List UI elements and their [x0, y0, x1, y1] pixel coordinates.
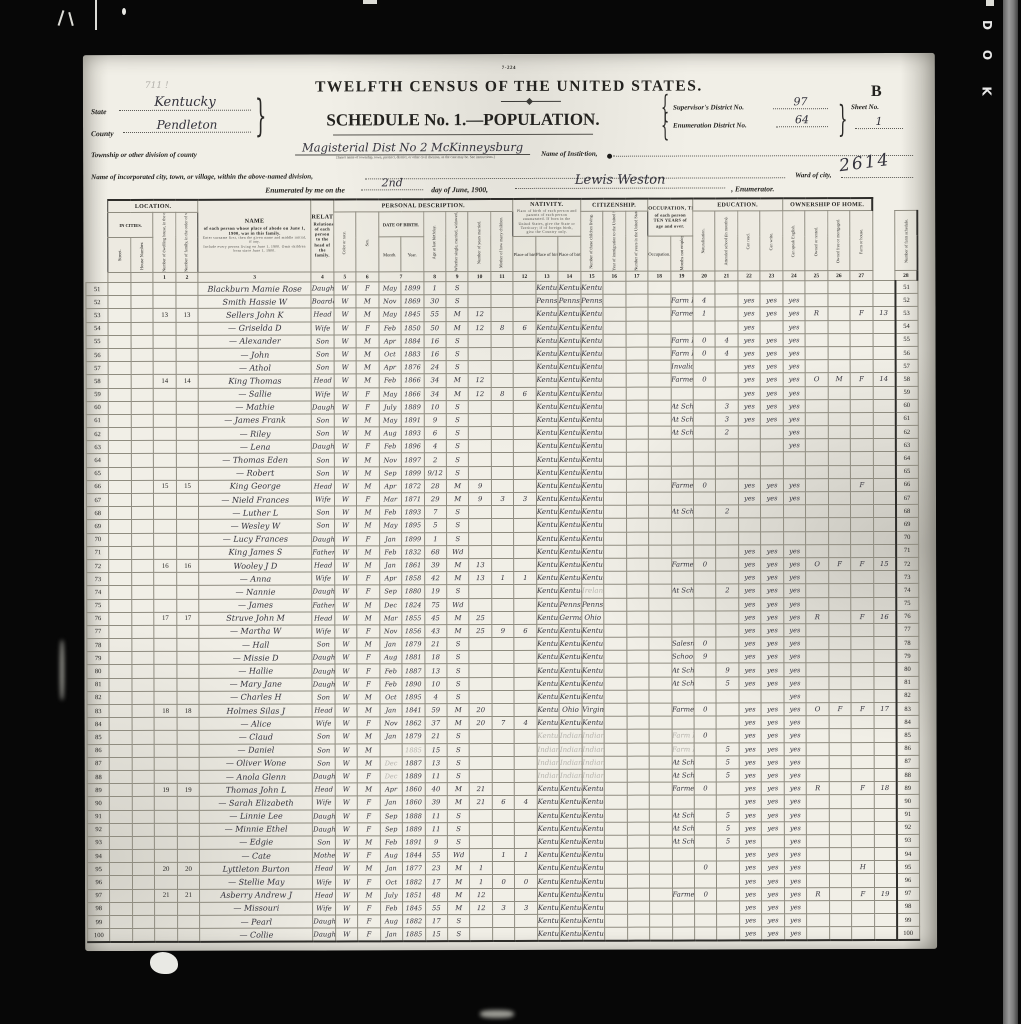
name-note: Include every person living on June 1, 1…: [202, 246, 308, 254]
cell-can-read: yes: [739, 874, 761, 887]
cell-family: [176, 572, 198, 585]
cell-years-married: 12: [468, 321, 490, 334]
cell-children-living: [514, 413, 536, 426]
cell-sex: M: [357, 546, 379, 559]
cell-years-married: 12: [470, 888, 492, 901]
cell-farm-or-house: [851, 518, 873, 531]
cell-owned-or-rented: [807, 900, 829, 913]
cell-farm-or-house: F: [851, 478, 873, 491]
cell-pob-mother: Pennsylvania: [581, 598, 603, 611]
group-ownership: OWNERSHIP OF HOME.: [782, 198, 872, 211]
cell-birth-year: 1885: [403, 928, 425, 942]
cell-relation: Daughter: [312, 664, 334, 677]
cell-street: [109, 665, 131, 678]
cell-farm-schedule-no: [874, 874, 896, 887]
cell-free-or-mortgaged: M: [828, 373, 850, 386]
row-number: 65: [86, 467, 108, 480]
row-number: 96: [897, 874, 919, 887]
cell-birth-year: 1871: [402, 493, 424, 506]
cell-pob-mother: Kentucky: [581, 466, 603, 479]
cell-months-not-employed: [693, 400, 715, 413]
cell-immigration-year: [604, 730, 626, 743]
cell-marital-status: M: [447, 875, 469, 888]
cell-occupation: [671, 439, 693, 452]
cell-pob-father: Kentucky: [558, 321, 580, 334]
cell-can-speak-english: yes: [783, 347, 805, 360]
enumeration-label: Enumeration District No.: [673, 121, 747, 129]
row-number: 62: [86, 428, 108, 441]
cell-immigration-year: [605, 875, 627, 888]
cell-children-living: 3: [515, 901, 537, 914]
cell-relation: Mother in Law: [313, 849, 335, 862]
cell-house: [131, 322, 153, 335]
col-school: Attended school (in months).: [715, 211, 738, 271]
cell-pob-father: Kentucky: [559, 571, 581, 584]
row-number: 97: [897, 887, 919, 900]
cell-birth-month: May: [379, 282, 401, 295]
cell-birth-month: Aug: [380, 651, 402, 664]
cell-dwelling: [155, 770, 177, 783]
cell-pob-mother: Kentucky: [582, 664, 604, 677]
cell-birth-month: Jan: [379, 638, 401, 651]
cell-attended-school: 9: [716, 663, 738, 676]
cell-pob-father: Kentucky: [560, 848, 582, 861]
cell-name: Thomas John L: [200, 783, 313, 796]
cell-attended-school: 2: [716, 505, 738, 518]
cell-pob-father: Kentucky: [559, 651, 581, 664]
cell-birth-month: Feb: [379, 374, 401, 387]
cell-color: W: [334, 348, 356, 361]
cell-farm-schedule-no: [874, 768, 896, 781]
cell-children-living: [514, 743, 536, 756]
enumeration-value: 64: [776, 113, 828, 127]
cell-pob-person: Pennsylvania: [536, 295, 558, 308]
cell-farm-schedule-no: 14: [873, 373, 895, 386]
cell-years-in-us: [626, 624, 648, 637]
cell-birth-month: Apr: [379, 480, 401, 493]
relation-title: RELATION.: [312, 215, 333, 221]
cell-occupation: At School: [671, 413, 693, 426]
cell-farm-or-house: [851, 531, 873, 544]
cell-farm-or-house: F: [851, 557, 873, 570]
cell-pob-mother: Pennsylvania: [581, 294, 603, 307]
cell-years-married: [469, 532, 491, 545]
group-personal: PERSONAL DESCRIPTION.: [333, 199, 513, 212]
cell-sex: F: [357, 770, 379, 783]
cell-years-married: [470, 809, 492, 822]
cell-color: W: [334, 506, 356, 519]
cell-years-married: [469, 545, 491, 558]
cell-house: [132, 691, 154, 704]
row-number: 63: [895, 439, 917, 452]
cell-farm-or-house: [850, 360, 872, 373]
cell-color: W: [335, 704, 357, 717]
cell-sex: F: [357, 796, 379, 809]
cell-birth-year: 1889: [402, 822, 424, 835]
cell-marital-status: M: [447, 559, 469, 572]
cell-pob-mother: Kentucky: [582, 835, 604, 848]
row-number: 74: [87, 586, 109, 599]
cell-mother-of-children: [492, 743, 514, 756]
cell-years-married: 12: [469, 374, 491, 387]
cell-sex: M: [356, 335, 378, 348]
cell-house: [131, 296, 153, 309]
col-month: Month.: [378, 237, 401, 272]
cell-pob-father: Kentucky: [559, 545, 581, 558]
cell-naturalization: [649, 703, 671, 716]
cell-relation: Boarder: [311, 295, 333, 308]
cell-pob-father: Kentucky: [558, 308, 580, 321]
row-number: 76: [87, 612, 109, 625]
cell-free-or-mortgaged: [829, 676, 851, 689]
cell-birth-month: Feb: [380, 677, 402, 690]
cell-can-write: yes: [760, 294, 782, 307]
cell-attended-school: [716, 571, 738, 584]
col-year: Year.: [401, 237, 424, 272]
cell-family: [176, 467, 198, 480]
sheet-value: 1: [855, 115, 903, 129]
cell-name: — Oliver Wone: [199, 757, 312, 770]
cell-pob-father: Kentucky: [559, 664, 581, 677]
cell-mother-of-children: [492, 690, 514, 703]
row-number: 87: [896, 755, 918, 768]
cell-attended-school: 4: [716, 347, 738, 360]
cell-mother-of-children: 1: [492, 572, 514, 585]
cell-family: [177, 744, 199, 757]
cell-months-not-employed: 0: [694, 888, 716, 901]
cell-attended-school: [716, 531, 738, 544]
cell-dwelling: [155, 876, 177, 889]
cell-owned-or-rented: [806, 452, 828, 465]
cell-naturalization: [648, 426, 670, 439]
column-number: 4: [311, 272, 333, 282]
cell-street: [110, 929, 132, 943]
cell-pob-father: Kentucky: [559, 677, 581, 690]
cell-occupation: School teacher: [671, 650, 693, 663]
cell-can-speak-english: yes: [784, 690, 806, 703]
cell-farm-or-house: [852, 848, 874, 861]
cell-farm-or-house: [852, 914, 874, 927]
row-number: 55: [895, 333, 917, 346]
cell-years-in-us: [626, 637, 648, 650]
cell-relation: Head: [312, 612, 334, 625]
cell-can-read: [738, 465, 760, 478]
cell-naturalization: [648, 387, 670, 400]
cell-can-read: yes: [739, 637, 761, 650]
cell-pob-father: Indiana: [559, 743, 581, 756]
cell-sex: F: [357, 717, 379, 730]
cell-attended-school: 5: [717, 822, 739, 835]
cell-naturalization: [649, 492, 671, 505]
cell-occupation: Farmer: [672, 888, 694, 901]
cell-street: [109, 546, 131, 559]
cell-can-read: [738, 439, 760, 452]
cell-house: [132, 876, 154, 889]
cell-children-living: 4: [514, 717, 536, 730]
cell-attended-school: 5: [717, 756, 739, 769]
cell-street: [108, 282, 130, 295]
col-children-living: Number of these children living.: [580, 211, 603, 271]
cell-free-or-mortgaged: [829, 755, 851, 768]
cell-farm-schedule-no: [873, 637, 895, 650]
cell-color: W: [335, 783, 357, 796]
cell-family: [177, 836, 199, 849]
cell-marital-status: M: [447, 796, 469, 809]
cell-farm-schedule-no: 18: [874, 782, 896, 795]
cell-naturalization: [649, 729, 671, 742]
cell-attended-school: [717, 729, 739, 742]
cell-can-write: yes: [761, 624, 783, 637]
cell-free-or-mortgaged: [829, 769, 851, 782]
cell-house: [131, 441, 153, 454]
cell-birth-year: 1887: [402, 756, 424, 769]
cell-house: [132, 744, 154, 757]
cell-street: [109, 362, 131, 375]
cell-marital-status: M: [447, 624, 469, 637]
cell-pob-mother: Kentucky: [581, 281, 603, 294]
cell-naturalization: [649, 571, 671, 584]
cell-farm-schedule-no: [874, 913, 896, 926]
cell-months-not-employed: [694, 663, 716, 676]
cell-relation: Son: [312, 453, 334, 466]
cell-naturalization: [649, 545, 671, 558]
row-number: 52: [895, 294, 917, 307]
cell-pob-father: Kentucky: [559, 479, 581, 492]
cell-can-read: yes: [739, 729, 761, 742]
cell-children-living: 1: [515, 848, 537, 861]
cell-dwelling: 21: [155, 889, 177, 902]
cell-can-write: yes: [762, 848, 784, 861]
cell-months-not-employed: 0: [694, 637, 716, 650]
cell-free-or-mortgaged: [829, 637, 851, 650]
cell-free-or-mortgaged: [828, 584, 850, 597]
cell-pob-mother: Indiana: [582, 756, 604, 769]
cell-naturalization: [650, 901, 672, 914]
cell-mother-of-children: [492, 664, 514, 677]
cell-relation: Son: [312, 506, 334, 519]
cell-dwelling: 14: [154, 375, 176, 388]
cell-family: 21: [177, 889, 199, 902]
row-number: 98: [897, 900, 919, 913]
group-in-cities: IN CITIES.: [108, 212, 153, 237]
cell-months-not-employed: [695, 901, 717, 914]
cell-family: [177, 599, 199, 612]
cell-birth-year: 1899: [401, 466, 423, 479]
cell-sex: M: [357, 730, 379, 743]
cell-pob-mother: Ireland: [581, 585, 603, 598]
cell-dwelling: [155, 836, 177, 849]
cell-street: [109, 493, 131, 506]
col-months-not-employed: Months not employed.: [670, 236, 693, 271]
cell-pob-father: Kentucky: [559, 440, 581, 453]
cell-free-or-mortgaged: [829, 821, 851, 834]
cell-mother-of-children: [492, 888, 514, 901]
cell-farm-or-house: [851, 689, 873, 702]
cell-age: 11: [425, 822, 447, 835]
row-number: 80: [87, 665, 109, 678]
col-house: House Number.: [131, 237, 154, 272]
cell-name: — James: [199, 599, 312, 612]
cell-family: [177, 915, 199, 928]
cell-occupation: [672, 927, 694, 941]
cell-family: 15: [176, 480, 198, 493]
cell-owned-or-rented: [806, 729, 828, 742]
cell-marital-status: M: [447, 572, 469, 585]
row-number: 66: [895, 478, 917, 491]
cell-immigration-year: [603, 281, 625, 294]
cell-pob-person: Indiana: [537, 743, 559, 756]
cell-occupation: [671, 452, 693, 465]
cell-can-speak-english: yes: [783, 399, 805, 412]
cell-pob-father: Kentucky: [559, 506, 581, 519]
cell-owned-or-rented: [806, 597, 828, 610]
cell-pob-father: Kentucky: [559, 585, 581, 598]
cell-can-read: [738, 518, 760, 531]
cell-years-in-us: [626, 479, 648, 492]
cell-years-in-us: [626, 558, 648, 571]
cell-farm-or-house: [851, 505, 873, 518]
cell-age: 55: [425, 901, 447, 914]
cell-relation: Daughter: [312, 533, 334, 546]
cell-name: — Nield Frances: [199, 493, 312, 506]
cell-street: [109, 678, 131, 691]
cell-birth-month: Jan: [380, 704, 402, 717]
cell-owned-or-rented: [806, 624, 828, 637]
cell-dwelling: [154, 691, 176, 704]
cell-owned-or-rented: [805, 281, 827, 294]
cell-farm-or-house: [850, 281, 872, 294]
cell-months-not-employed: [694, 822, 716, 835]
row-number: 97: [88, 889, 110, 902]
cell-mother-of-children: [492, 822, 514, 835]
cell-occupation: [672, 716, 694, 729]
cell-can-speak-english: yes: [784, 808, 806, 821]
column-number: 28: [895, 270, 917, 280]
cell-free-or-mortgaged: [828, 281, 850, 294]
cell-immigration-year: [604, 611, 626, 624]
cell-children-living: [513, 295, 535, 308]
cell-can-speak-english: yes: [784, 624, 806, 637]
col-marital: Whether single, married, widowed, or div…: [446, 212, 469, 272]
row-number: 70: [896, 531, 918, 544]
cell-pob-mother: Kentucky: [582, 901, 604, 914]
cell-pob-mother: Kentucky: [581, 532, 603, 545]
cell-relation: Daughter: [312, 440, 334, 453]
col-immigration: Year of immigration to the United States…: [603, 211, 626, 271]
cell-birth-month: Apr: [379, 335, 401, 348]
cell-can-speak-english: yes: [784, 821, 806, 834]
cell-marital-status: S: [446, 295, 468, 308]
cell-name: — Collie: [200, 928, 313, 942]
cell-family: 16: [176, 559, 198, 572]
cell-pob-person: Kentucky: [537, 624, 559, 637]
cell-pob-person: Kentucky: [536, 281, 558, 294]
cell-mother-of-children: [492, 611, 514, 624]
cell-farm-or-house: [851, 465, 873, 478]
cell-birth-month: Oct: [379, 348, 401, 361]
column-number: 3: [198, 272, 311, 282]
cell-free-or-mortgaged: [829, 623, 851, 636]
schedule-underline: [333, 134, 593, 136]
cell-dwelling: [154, 401, 176, 414]
cell-age: 4: [424, 440, 446, 453]
cell-age: 40: [425, 783, 447, 796]
row-number: 95: [87, 863, 109, 876]
cell-mother-of-children: [492, 769, 514, 782]
cell-can-speak-english: [783, 281, 805, 294]
row-number: 91: [87, 810, 109, 823]
cell-family: [177, 718, 199, 731]
row-number: 61: [895, 412, 917, 425]
nativity-title: NATIVITY.: [514, 202, 580, 208]
census-table: LOCATION. NAME of each person whose plac…: [85, 197, 920, 944]
row-number: 63: [86, 441, 108, 454]
cell-mother-of-children: [492, 677, 514, 690]
cell-pob-father: Ohio: [559, 703, 581, 716]
cell-years-in-us: [627, 730, 649, 743]
cell-farm-or-house: [851, 571, 873, 584]
cell-can-read: yes: [739, 597, 761, 610]
cell-farm-or-house: [852, 927, 874, 941]
cell-can-write: [760, 320, 782, 333]
cell-months-not-employed: [694, 835, 716, 848]
cell-color: W: [335, 849, 357, 862]
cell-color: W: [335, 836, 357, 849]
cell-dwelling: [153, 322, 175, 335]
cell-house: [132, 770, 154, 783]
cell-farm-schedule-no: [873, 360, 895, 373]
cell-can-read: yes: [739, 795, 761, 808]
cell-house: [131, 348, 153, 361]
cell-dwelling: [154, 718, 176, 731]
cell-mother-of-children: [491, 453, 513, 466]
cell-immigration-year: [604, 743, 626, 756]
cell-pob-person: Kentucky: [536, 519, 558, 532]
cell-years-in-us: [627, 677, 649, 690]
cell-children-living: [514, 453, 536, 466]
cell-naturalization: [649, 782, 671, 795]
cell-family: 17: [177, 612, 199, 625]
cell-pob-person: Kentucky: [537, 611, 559, 624]
cell-can-read: [738, 426, 760, 439]
cell-free-or-mortgaged: [828, 347, 850, 360]
cell-attended-school: 4: [715, 334, 737, 347]
cell-can-write: yes: [761, 558, 783, 571]
cell-pob-person: Kentucky: [536, 479, 558, 492]
cell-birth-month: Sep: [380, 809, 402, 822]
cell-mother-of-children: 7: [492, 717, 514, 730]
cell-pob-person: Kentucky: [537, 796, 559, 809]
cell-farm-schedule-no: [874, 808, 896, 821]
group-name: NAME of each person whose place of abode…: [198, 200, 311, 273]
cell-can-speak-english: yes: [784, 663, 806, 676]
cell-birth-month: Dec: [379, 598, 401, 611]
cell-family: [176, 348, 198, 361]
cell-mother-of-children: [492, 730, 514, 743]
cell-farm-or-house: [851, 650, 873, 663]
cell-free-or-mortgaged: [828, 544, 850, 557]
col-farm: Farm or house.: [850, 211, 873, 271]
cell-free-or-mortgaged: [828, 597, 850, 610]
cell-occupation: Invalid: [671, 360, 693, 373]
cell-can-read: yes: [738, 334, 760, 347]
cell-immigration-year: [605, 901, 627, 914]
film-blob: [150, 952, 178, 974]
cell-immigration-year: [604, 796, 626, 809]
cell-sex: F: [358, 823, 380, 836]
cell-birth-year: 1891: [401, 414, 423, 427]
cell-months-not-employed: [694, 545, 716, 558]
